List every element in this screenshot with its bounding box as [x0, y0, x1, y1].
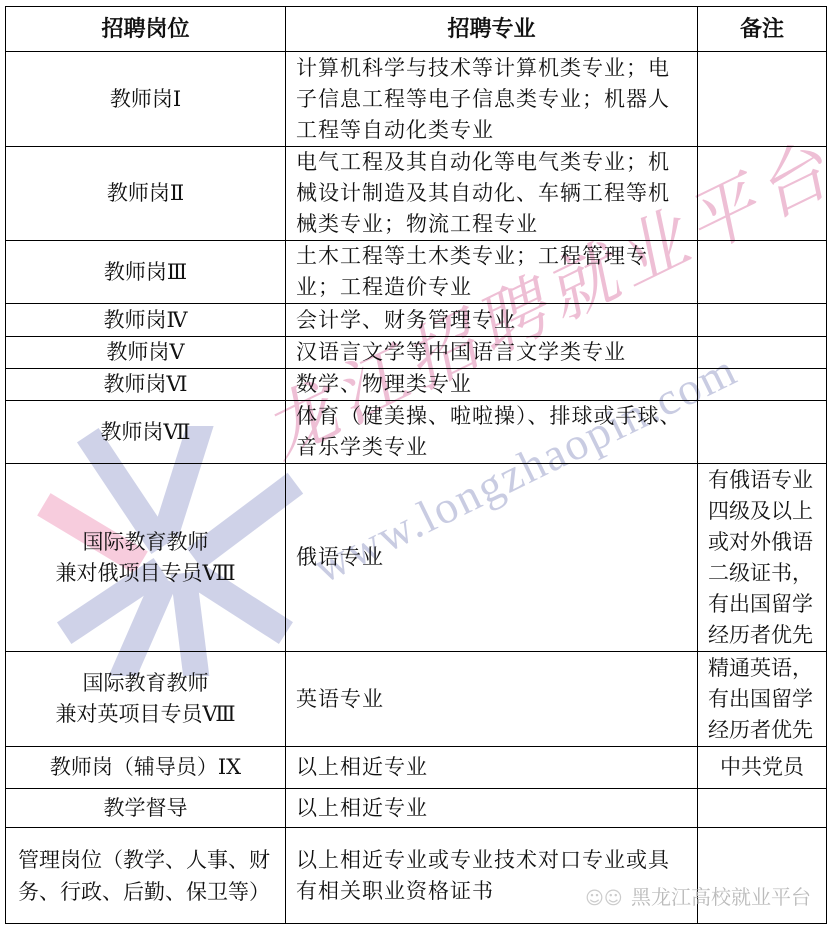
major-cell: 电气工程及其自动化等电气类专业；机械设计制造及其自动化、车辆工程等机械类专业；物…: [286, 147, 698, 241]
position-cell: 教师岗（辅导员）IX: [6, 747, 286, 789]
position-cell: 教师岗Ⅰ: [6, 52, 286, 147]
table-row: 教师岗Ⅵ 数学、物理类专业: [6, 369, 827, 401]
table-row: 教师岗Ⅶ 体育（健美操、啦啦操）、排球或手球、音乐学类专业: [6, 401, 827, 464]
position-cell: 教学督导: [6, 789, 286, 828]
note-cell: [698, 828, 827, 924]
note-cell: [698, 241, 827, 304]
table-row: 管理岗位（教学、人事、财务、行政、后勤、保卫等） 以上相近专业或专业技术对口专业…: [6, 828, 827, 924]
note-cell: 精通英语，有出国留学经历者优先: [698, 652, 827, 747]
position-cell: 教师岗Ⅶ: [6, 401, 286, 464]
position-line-1: 国际教育教师: [16, 527, 275, 558]
note-cell: 有俄语专业四级及以上或对外俄语二级证书，有出国留学经历者优先: [698, 464, 827, 652]
position-cell: 国际教育教师 兼对俄项目专员Ⅷ: [6, 464, 286, 652]
table-header-row: 招聘岗位 招聘专业 备注: [6, 7, 827, 52]
major-cell: 以上相近专业: [286, 789, 698, 828]
note-cell: [698, 304, 827, 337]
note-cell: [698, 789, 827, 828]
position-line-2: 兼对英项目专员Ⅷ: [16, 699, 275, 730]
recruitment-table: 招聘岗位 招聘专业 备注 教师岗Ⅰ 计算机科学与技术等计算机类专业；电子信息工程…: [5, 6, 827, 924]
position-cell: 管理岗位（教学、人事、财务、行政、后勤、保卫等）: [6, 828, 286, 924]
position-cell: 教师岗Ⅱ: [6, 147, 286, 241]
position-line-2: 兼对俄项目专员Ⅷ: [16, 558, 275, 589]
table-row: 国际教育教师 兼对俄项目专员Ⅷ 俄语专业 有俄语专业四级及以上或对外俄语二级证书…: [6, 464, 827, 652]
table-row: 教师岗（辅导员）IX 以上相近专业 中共党员: [6, 747, 827, 789]
note-cell: [698, 337, 827, 369]
table-row: 教学督导 以上相近专业: [6, 789, 827, 828]
table-row: 教师岗Ⅱ 电气工程及其自动化等电气类专业；机械设计制造及其自动化、车辆工程等机械…: [6, 147, 827, 241]
major-cell: 俄语专业: [286, 464, 698, 652]
note-cell: [698, 52, 827, 147]
position-cell: 国际教育教师 兼对英项目专员Ⅷ: [6, 652, 286, 747]
header-note: 备注: [698, 7, 827, 52]
position-cell: 教师岗Ⅲ: [6, 241, 286, 304]
note-cell: [698, 147, 827, 241]
position-cell: 教师岗Ⅴ: [6, 337, 286, 369]
recruitment-table-container: 龙江招聘就业平台 www.longzhaopin.com 招聘岗位 招聘专业 备…: [5, 6, 827, 924]
major-cell: 会计学、财务管理专业: [286, 304, 698, 337]
major-cell: 以上相近专业或专业技术对口专业或具有相关职业资格证书: [286, 828, 698, 924]
table-row: 国际教育教师 兼对英项目专员Ⅷ 英语专业 精通英语，有出国留学经历者优先: [6, 652, 827, 747]
note-cell: 中共党员: [698, 747, 827, 789]
position-line-1: 国际教育教师: [16, 668, 275, 699]
note-cell: [698, 401, 827, 464]
note-cell: [698, 369, 827, 401]
major-cell: 英语专业: [286, 652, 698, 747]
position-cell: 教师岗Ⅳ: [6, 304, 286, 337]
major-cell: 汉语言文学等中国语言文学类专业: [286, 337, 698, 369]
major-cell: 计算机科学与技术等计算机类专业；电子信息工程等电子信息类专业；机器人工程等自动化…: [286, 52, 698, 147]
table-row: 教师岗Ⅳ 会计学、财务管理专业: [6, 304, 827, 337]
table-row: 教师岗Ⅲ 土木工程等土木类专业；工程管理专业；工程造价专业: [6, 241, 827, 304]
header-position: 招聘岗位: [6, 7, 286, 52]
major-cell: 以上相近专业: [286, 747, 698, 789]
position-cell: 教师岗Ⅵ: [6, 369, 286, 401]
table-row: 教师岗Ⅴ 汉语言文学等中国语言文学类专业: [6, 337, 827, 369]
major-cell: 体育（健美操、啦啦操）、排球或手球、音乐学类专业: [286, 401, 698, 464]
major-cell: 土木工程等土木类专业；工程管理专业；工程造价专业: [286, 241, 698, 304]
table-row: 教师岗Ⅰ 计算机科学与技术等计算机类专业；电子信息工程等电子信息类专业；机器人工…: [6, 52, 827, 147]
header-major: 招聘专业: [286, 7, 698, 52]
major-cell: 数学、物理类专业: [286, 369, 698, 401]
